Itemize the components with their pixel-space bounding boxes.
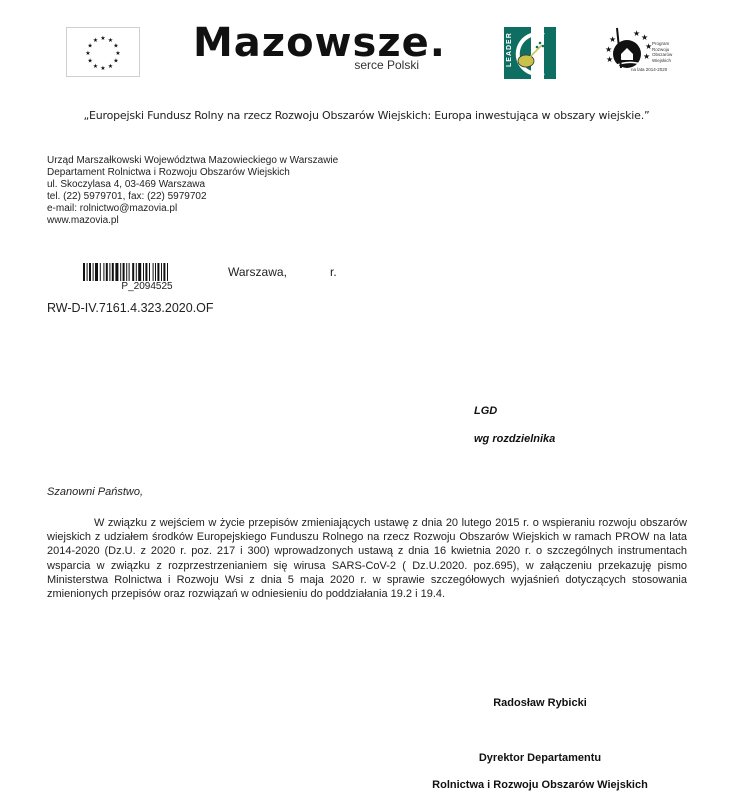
svg-text:★: ★ — [113, 43, 118, 50]
prow-line: Wiejskich — [652, 58, 672, 64]
prow-line: Obszarów — [652, 52, 672, 58]
svg-text:★: ★ — [108, 63, 113, 70]
svg-text:★: ★ — [100, 35, 105, 42]
sender-website: www.mazovia.pl — [47, 215, 338, 227]
svg-text:★: ★ — [609, 35, 616, 44]
letter-body: W związku z wejściem w życie przepisów z… — [47, 516, 687, 601]
svg-text:★: ★ — [85, 50, 90, 57]
sender-address: Urząd Marszałkowski Województwa Mazowiec… — [47, 155, 338, 227]
sender-email: e-mail: rolnictwo@mazovia.pl — [47, 203, 338, 215]
motto: „Europejski Fundusz Rolny na rzecz Rozwo… — [0, 109, 733, 122]
svg-text:★: ★ — [100, 65, 105, 72]
svg-text:★: ★ — [87, 58, 92, 65]
place: Warszawa, — [228, 265, 287, 279]
leader-text: LEADER — [506, 32, 513, 67]
sender-phone: tel. (22) 5979701, fax: (22) 5979702 — [47, 191, 338, 203]
svg-text:★: ★ — [113, 58, 118, 65]
mazowsze-logo: Mazowsze. serce Polski — [193, 24, 433, 74]
svg-text:★: ★ — [643, 52, 650, 61]
eu-flag-icon: ★★★★★★★★★★★★ — [66, 27, 140, 77]
salutation: Szanowni Państwo, — [47, 486, 143, 498]
sender-street: ul. Skoczylasa 4, 03-469 Warszawa — [47, 179, 338, 191]
prow-line: Program — [652, 41, 672, 47]
svg-text:★: ★ — [93, 37, 98, 44]
signatory-title: Dyrektor Departamentu — [420, 752, 660, 764]
signatory-department: Rolnictwa i Rozwoju Obszarów Wiejskich — [400, 779, 680, 791]
svg-text:★: ★ — [606, 55, 613, 64]
leader-logo: LEADER — [504, 27, 556, 79]
reference-number: RW-D-IV.7161.4.323.2020.OF — [47, 301, 214, 315]
recipient-distribution: wg rozdzielnika — [474, 433, 555, 445]
svg-text:★: ★ — [633, 29, 640, 38]
svg-text:★: ★ — [641, 33, 648, 42]
signatory-name: Radosław Rybicki — [420, 697, 660, 709]
barcode-number: P_2094525 — [83, 281, 211, 292]
prow-line: na lata 2014-2020 — [631, 67, 667, 72]
date-suffix: r. — [330, 265, 337, 279]
barcode — [83, 263, 211, 281]
recipient-name: LGD — [474, 405, 497, 417]
svg-text:★: ★ — [605, 45, 612, 54]
mazowsze-tagline: serce Polski — [354, 58, 419, 72]
svg-text:★: ★ — [115, 50, 120, 57]
prow-logo: ★★★ ★★★★ Program Rozwoju Obszarów Wiejsk… — [603, 24, 713, 76]
sender-department: Departament Rolnictwa i Rozwoju Obszarów… — [47, 167, 338, 179]
sender-office: Urząd Marszałkowski Województwa Mazowiec… — [47, 155, 338, 167]
svg-text:★: ★ — [93, 63, 98, 70]
